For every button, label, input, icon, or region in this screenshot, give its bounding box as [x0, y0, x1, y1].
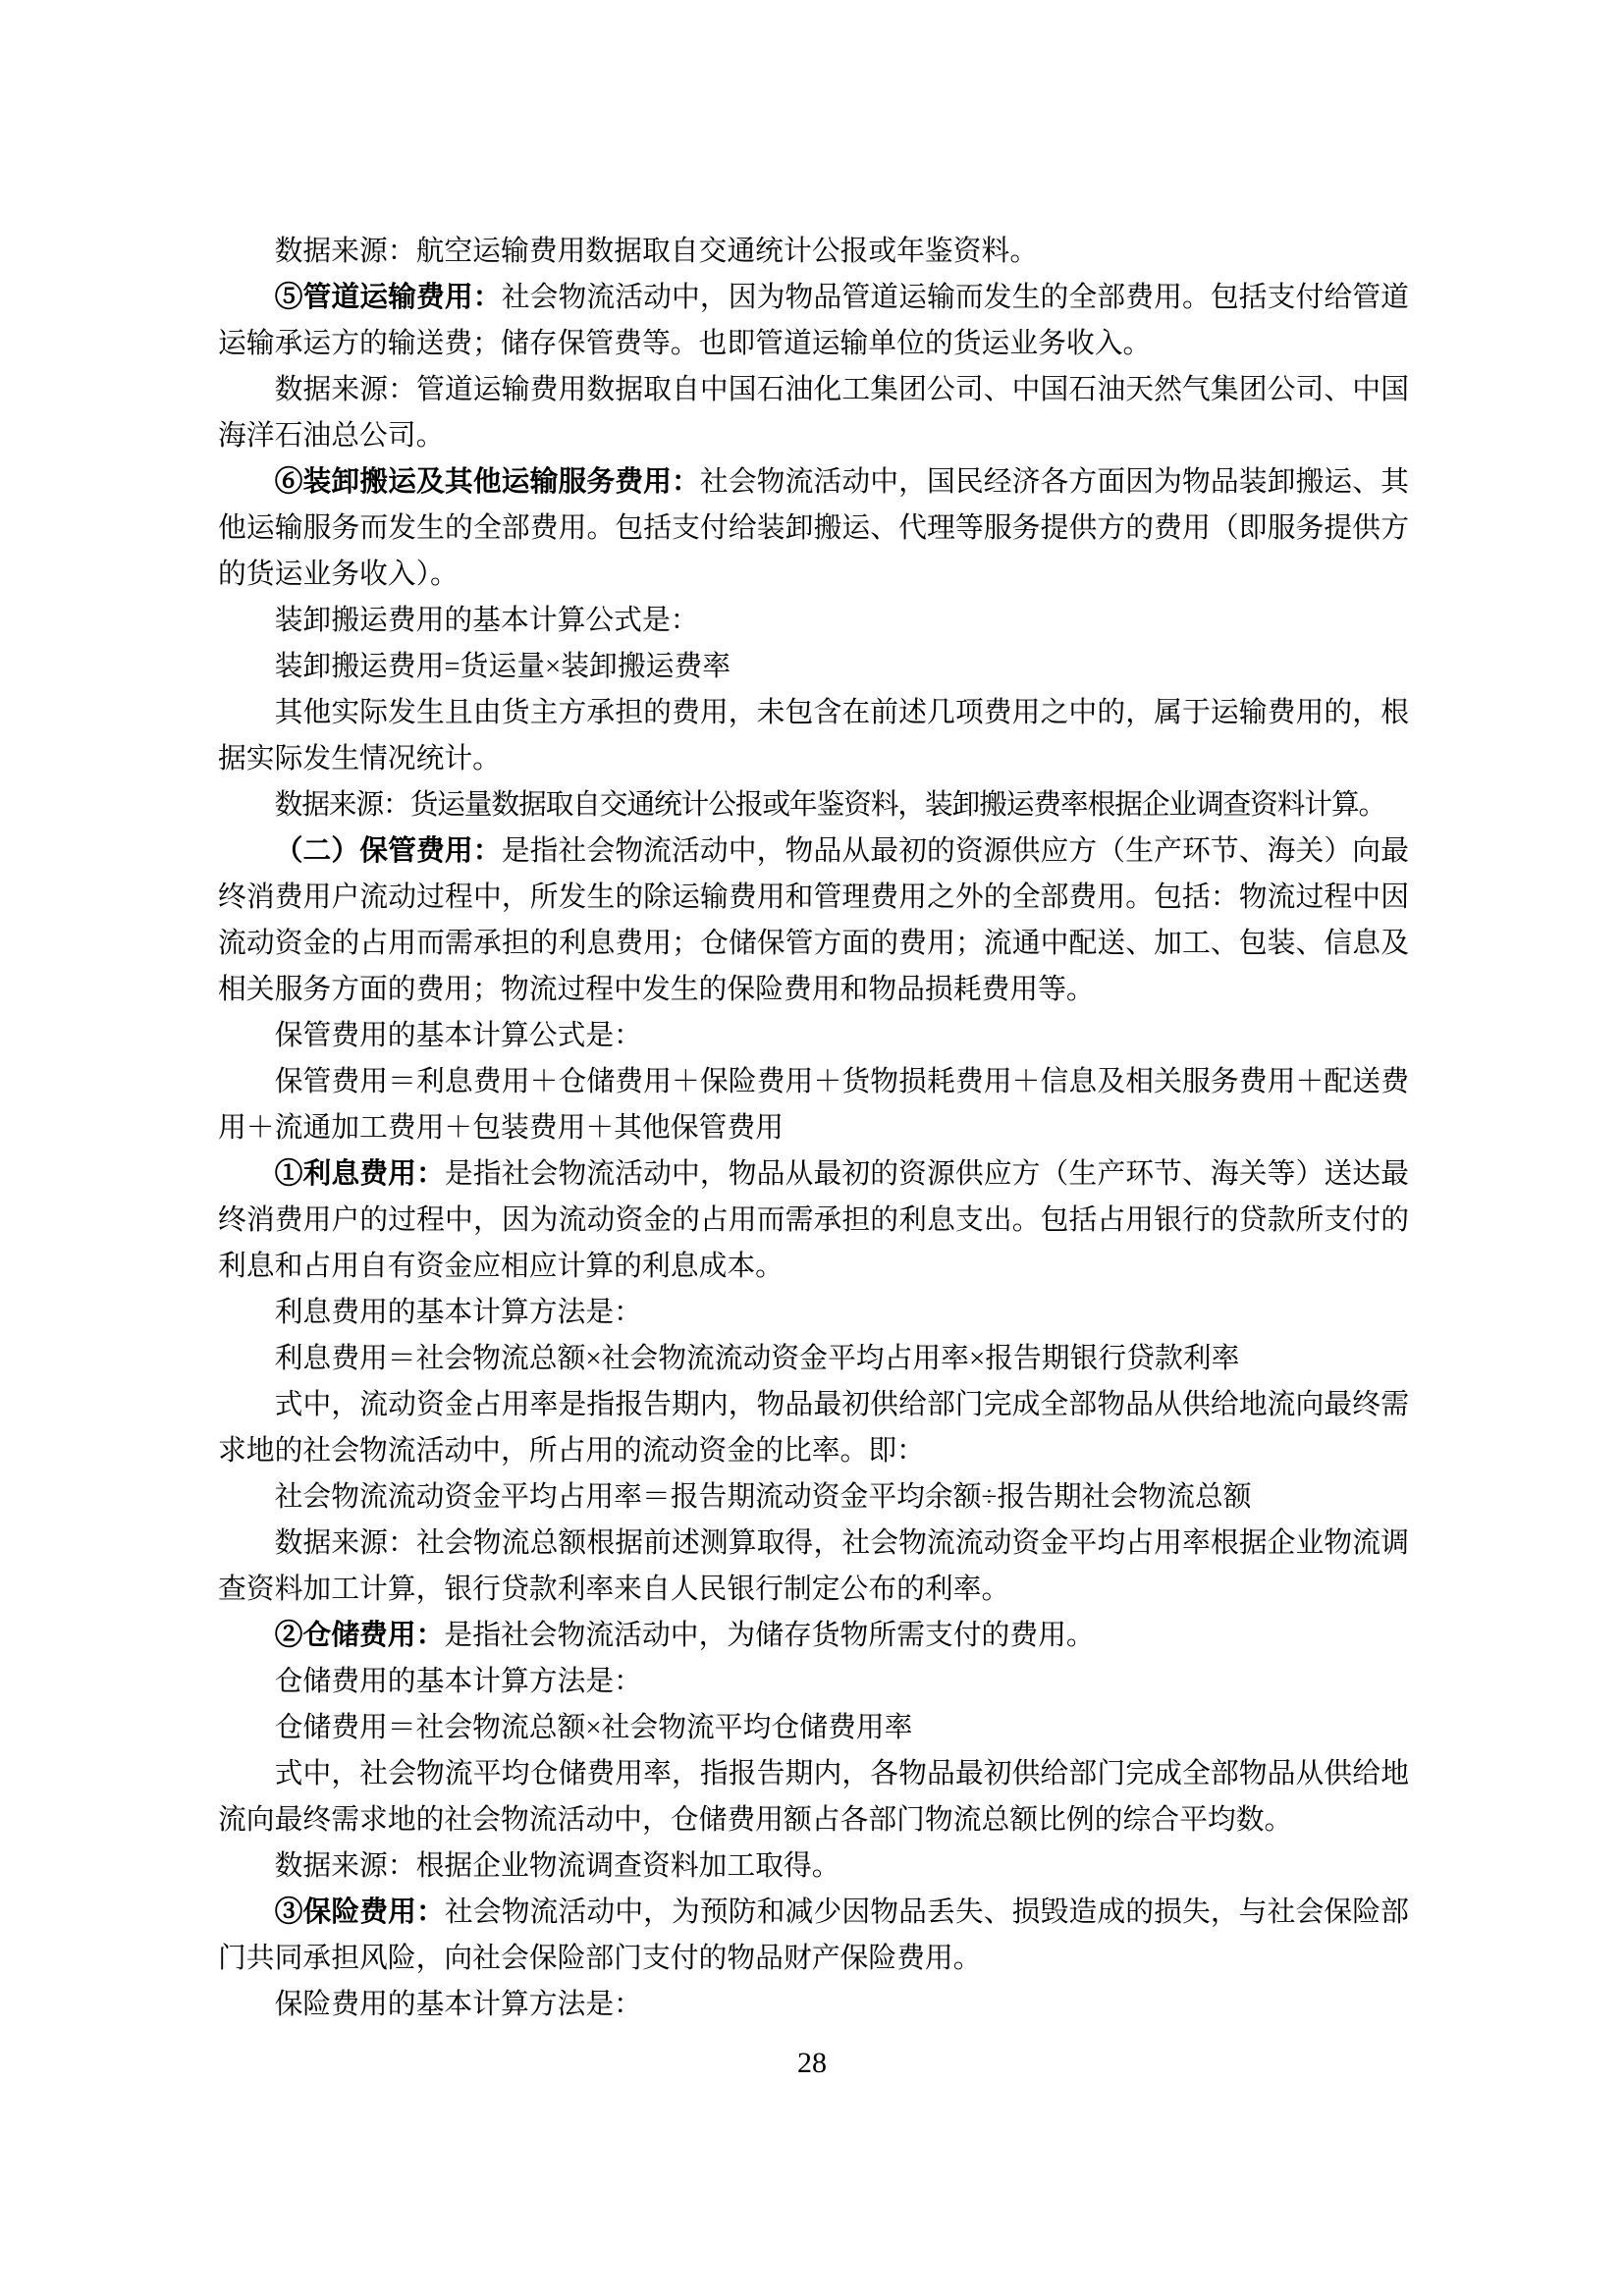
paragraph-text: 式中，社会物流平均仓储费用率，指报告期内，各物品最初供给部门完成全部物品从供给地…	[218, 1758, 1409, 1836]
paragraph-text: 式中，流动资金占用率是指报告期内，物品最初供给部门完成全部物品从供给地流向最终需…	[218, 1389, 1409, 1467]
paragraph-text: 仓储费用的基本计算方法是：	[275, 1666, 642, 1697]
paragraph: 数据来源：社会物流总额根据前述测算取得，社会物流流动资金平均占用率根据企业物流调…	[218, 1521, 1409, 1613]
paragraph-text: 数据来源：货运量数据取自交通统计公报或年鉴资料，装卸搬运费率根据企业调查资料计算…	[275, 789, 1385, 821]
page-number: 28	[0, 2044, 1624, 2083]
paragraph: ①利息费用：是指社会物流活动中，物品从最初的资源供应方（生产环节、海关等）送达最…	[218, 1151, 1409, 1290]
paragraph-formula: 装卸搬运费用=货运量×装卸搬运费率	[218, 644, 1409, 690]
paragraph-text: 数据来源：社会物流总额根据前述测算取得，社会物流流动资金平均占用率根据企业物流调…	[218, 1527, 1409, 1605]
paragraph-lead: ①利息费用：	[275, 1158, 445, 1190]
paragraph-lead: ⑤管道运输费用：	[275, 282, 502, 313]
paragraph: 式中，流动资金占用率是指报告期内，物品最初供给部门完成全部物品从供给地流向最终需…	[218, 1382, 1409, 1474]
paragraph-text: 利息费用＝社会物流总额×社会物流流动资金平均占用率×报告期银行贷款利率	[275, 1343, 1240, 1374]
paragraph-text: 仓储费用＝社会物流总额×社会物流平均仓储费用率	[275, 1712, 913, 1743]
paragraph-text: 利息费用的基本计算方法是：	[275, 1297, 642, 1328]
paragraph: ②仓储费用：是指社会物流活动中，为储存货物所需支付的费用。	[218, 1613, 1409, 1659]
paragraph-formula: 社会物流流动资金平均占用率＝报告期流动资金平均余额÷报告期社会物流总额	[218, 1474, 1409, 1521]
paragraph: 其他实际发生且由货主方承担的费用，未包含在前述几项费用之中的，属于运输费用的，根…	[218, 690, 1409, 782]
paragraph-text: 数据来源：根据企业物流调查资料加工取得。	[275, 1850, 840, 1882]
paragraph: 数据来源：管道运输费用数据取自中国石油化工集团公司、中国石油天然气集团公司、中国…	[218, 367, 1409, 459]
paragraph: 数据来源：根据企业物流调查资料加工取得。	[218, 1843, 1409, 1890]
paragraph-lead: ③保险费用：	[275, 1896, 445, 1928]
paragraph-lead: （二）保管费用：	[275, 835, 502, 867]
paragraph-text: 社会物流流动资金平均占用率＝报告期流动资金平均余额÷报告期社会物流总额	[275, 1481, 1252, 1513]
paragraph: 数据来源：航空运输费用数据取自交通统计公报或年鉴资料。	[218, 229, 1409, 275]
paragraph: 保管费用的基本计算公式是：	[218, 1013, 1409, 1059]
paragraph-text: 数据来源：管道运输费用数据取自中国石油化工集团公司、中国石油天然气集团公司、中国…	[218, 374, 1409, 452]
paragraph-text: 数据来源：航空运输费用数据取自交通统计公报或年鉴资料。	[275, 236, 1039, 267]
paragraph-text: 其他实际发生且由货主方承担的费用，未包含在前述几项费用之中的，属于运输费用的，根…	[218, 697, 1409, 774]
paragraph: 式中，社会物流平均仓储费用率，指报告期内，各物品最初供给部门完成全部物品从供给地…	[218, 1751, 1409, 1843]
paragraph: ⑥装卸搬运及其他运输服务费用：社会物流活动中，国民经济各方面因为物品装卸搬运、其…	[218, 459, 1409, 598]
paragraph-formula: 仓储费用＝社会物流总额×社会物流平均仓储费用率	[218, 1705, 1409, 1751]
paragraph-formula: 利息费用＝社会物流总额×社会物流流动资金平均占用率×报告期银行贷款利率	[218, 1336, 1409, 1382]
paragraph: （二）保管费用：是指社会物流活动中，物品从最初的资源供应方（生产环节、海关）向最…	[218, 828, 1409, 1013]
paragraph: ⑤管道运输费用：社会物流活动中，因为物品管道运输而发生的全部费用。包括支付给管道…	[218, 275, 1409, 367]
paragraph-lead: ⑥装卸搬运及其他运输服务费用：	[275, 466, 700, 498]
paragraph: 仓储费用的基本计算方法是：	[218, 1659, 1409, 1705]
paragraph: 数据来源：货运量数据取自交通统计公报或年鉴资料，装卸搬运费率根据企业调查资料计算…	[218, 782, 1409, 828]
paragraph: 装卸搬运费用的基本计算公式是：	[218, 598, 1409, 644]
paragraph-text: 装卸搬运费用=货运量×装卸搬运费率	[275, 651, 731, 682]
paragraph: 保险费用的基本计算方法是：	[218, 1982, 1409, 2028]
paragraph-formula: 保管费用＝利息费用＋仓储费用＋保险费用＋货物损耗费用＋信息及相关服务费用＋配送费…	[218, 1059, 1409, 1151]
document-page: 数据来源：航空运输费用数据取自交通统计公报或年鉴资料。 ⑤管道运输费用：社会物流…	[0, 0, 1624, 2296]
paragraph-text: 保险费用的基本计算方法是：	[275, 1989, 642, 2020]
paragraph-text: 是指社会物流活动中，为储存货物所需支付的费用。	[444, 1620, 1094, 1651]
paragraph-text: 保管费用＝利息费用＋仓储费用＋保险费用＋货物损耗费用＋信息及相关服务费用＋配送费…	[218, 1066, 1409, 1144]
paragraph: 利息费用的基本计算方法是：	[218, 1290, 1409, 1336]
paragraph-lead: ②仓储费用：	[275, 1620, 445, 1651]
document-body: 数据来源：航空运输费用数据取自交通统计公报或年鉴资料。 ⑤管道运输费用：社会物流…	[218, 229, 1409, 2028]
paragraph-text: 保管费用的基本计算公式是：	[275, 1020, 642, 1051]
paragraph: ③保险费用：社会物流活动中，为预防和减少因物品丢失、损毁造成的损失，与社会保险部…	[218, 1890, 1409, 1982]
paragraph-text: 装卸搬运费用的基本计算公式是：	[275, 605, 699, 636]
